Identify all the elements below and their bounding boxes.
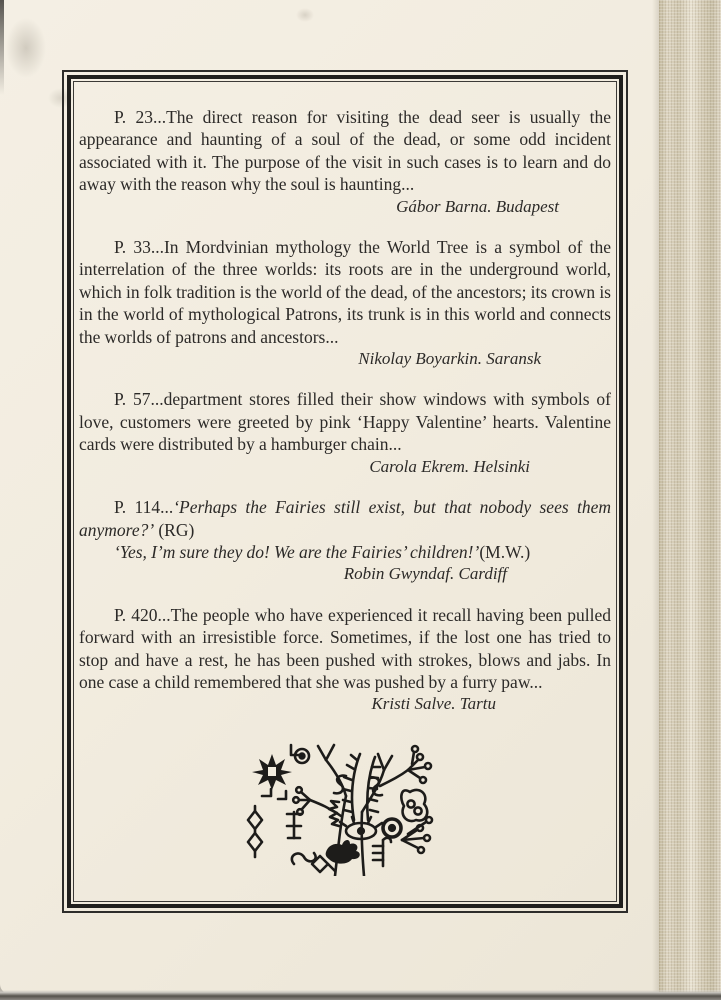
quote-text: P. 23...The direct reason for visiting t… (79, 107, 611, 194)
world-tree-illustration (79, 734, 611, 881)
quote-attribution: Carola Ekrem. Helsinki (79, 456, 611, 478)
quote-text: (RG) (154, 520, 194, 540)
quote-text: (M.W.) (479, 542, 530, 562)
world-tree-icon (242, 734, 457, 876)
quote-block: P. 420...The people who have experienced… (79, 604, 611, 716)
quote-text: P. 114... (114, 497, 173, 517)
book-bottom-edge (0, 990, 721, 1000)
quote-text: P. 57...department stores filled their s… (79, 389, 611, 454)
quote-attribution: Nikolay Boyarkin. Saransk (79, 348, 611, 370)
quotes-list: P. 23...The direct reason for visiting t… (79, 106, 611, 716)
quote-attribution: Gábor Barna. Budapest (79, 196, 611, 218)
book-back-cover: P. 23...The direct reason for visiting t… (0, 0, 721, 1000)
quote-block: P. 114...‘Perhaps the Fairies still exis… (79, 496, 611, 586)
quote-text: ‘Yes, I’m sure they do! We are the Fairi… (114, 542, 479, 562)
frame-inner-rule: P. 23...The direct reason for visiting t… (73, 81, 617, 902)
quote-block: P. 57...department stores filled their s… (79, 388, 611, 478)
bird-symbol (325, 840, 359, 868)
scan-left-edge (0, 0, 4, 95)
quote-paragraph: P. 23...The direct reason for visiting t… (79, 106, 611, 196)
quote-block: P. 33...In Mordvinian mythology the Worl… (79, 236, 611, 370)
frame-content: P. 23...The direct reason for visiting t… (74, 82, 616, 901)
quote-attribution: Robin Gwyndaf. Cardiff (79, 563, 611, 585)
paper-smudge (6, 18, 46, 78)
paper-smudge (296, 8, 314, 22)
quote-paragraph: P. 114...‘Perhaps the Fairies still exis… (79, 496, 611, 541)
quote-paragraph: P. 33...In Mordvinian mythology the Worl… (79, 236, 611, 348)
decorative-frame: P. 23...The direct reason for visiting t… (62, 70, 628, 913)
quote-text: P. 420...The people who have experienced… (79, 605, 611, 692)
cover-paper: P. 23...The direct reason for visiting t… (0, 0, 659, 994)
quote-paragraph: ‘Yes, I’m sure they do! We are the Fairi… (79, 541, 611, 563)
frame-mid-rule: P. 23...The direct reason for visiting t… (67, 75, 623, 908)
quote-paragraph: P. 420...The people who have experienced… (79, 604, 611, 694)
cloth-spine (659, 0, 721, 1000)
quote-block: P. 23...The direct reason for visiting t… (79, 106, 611, 218)
quote-attribution: Kristi Salve. Tartu (79, 693, 611, 715)
quote-paragraph: P. 57...department stores filled their s… (79, 388, 611, 455)
quote-text: P. 33...In Mordvinian mythology the Worl… (79, 237, 611, 347)
star-symbol (252, 754, 292, 790)
